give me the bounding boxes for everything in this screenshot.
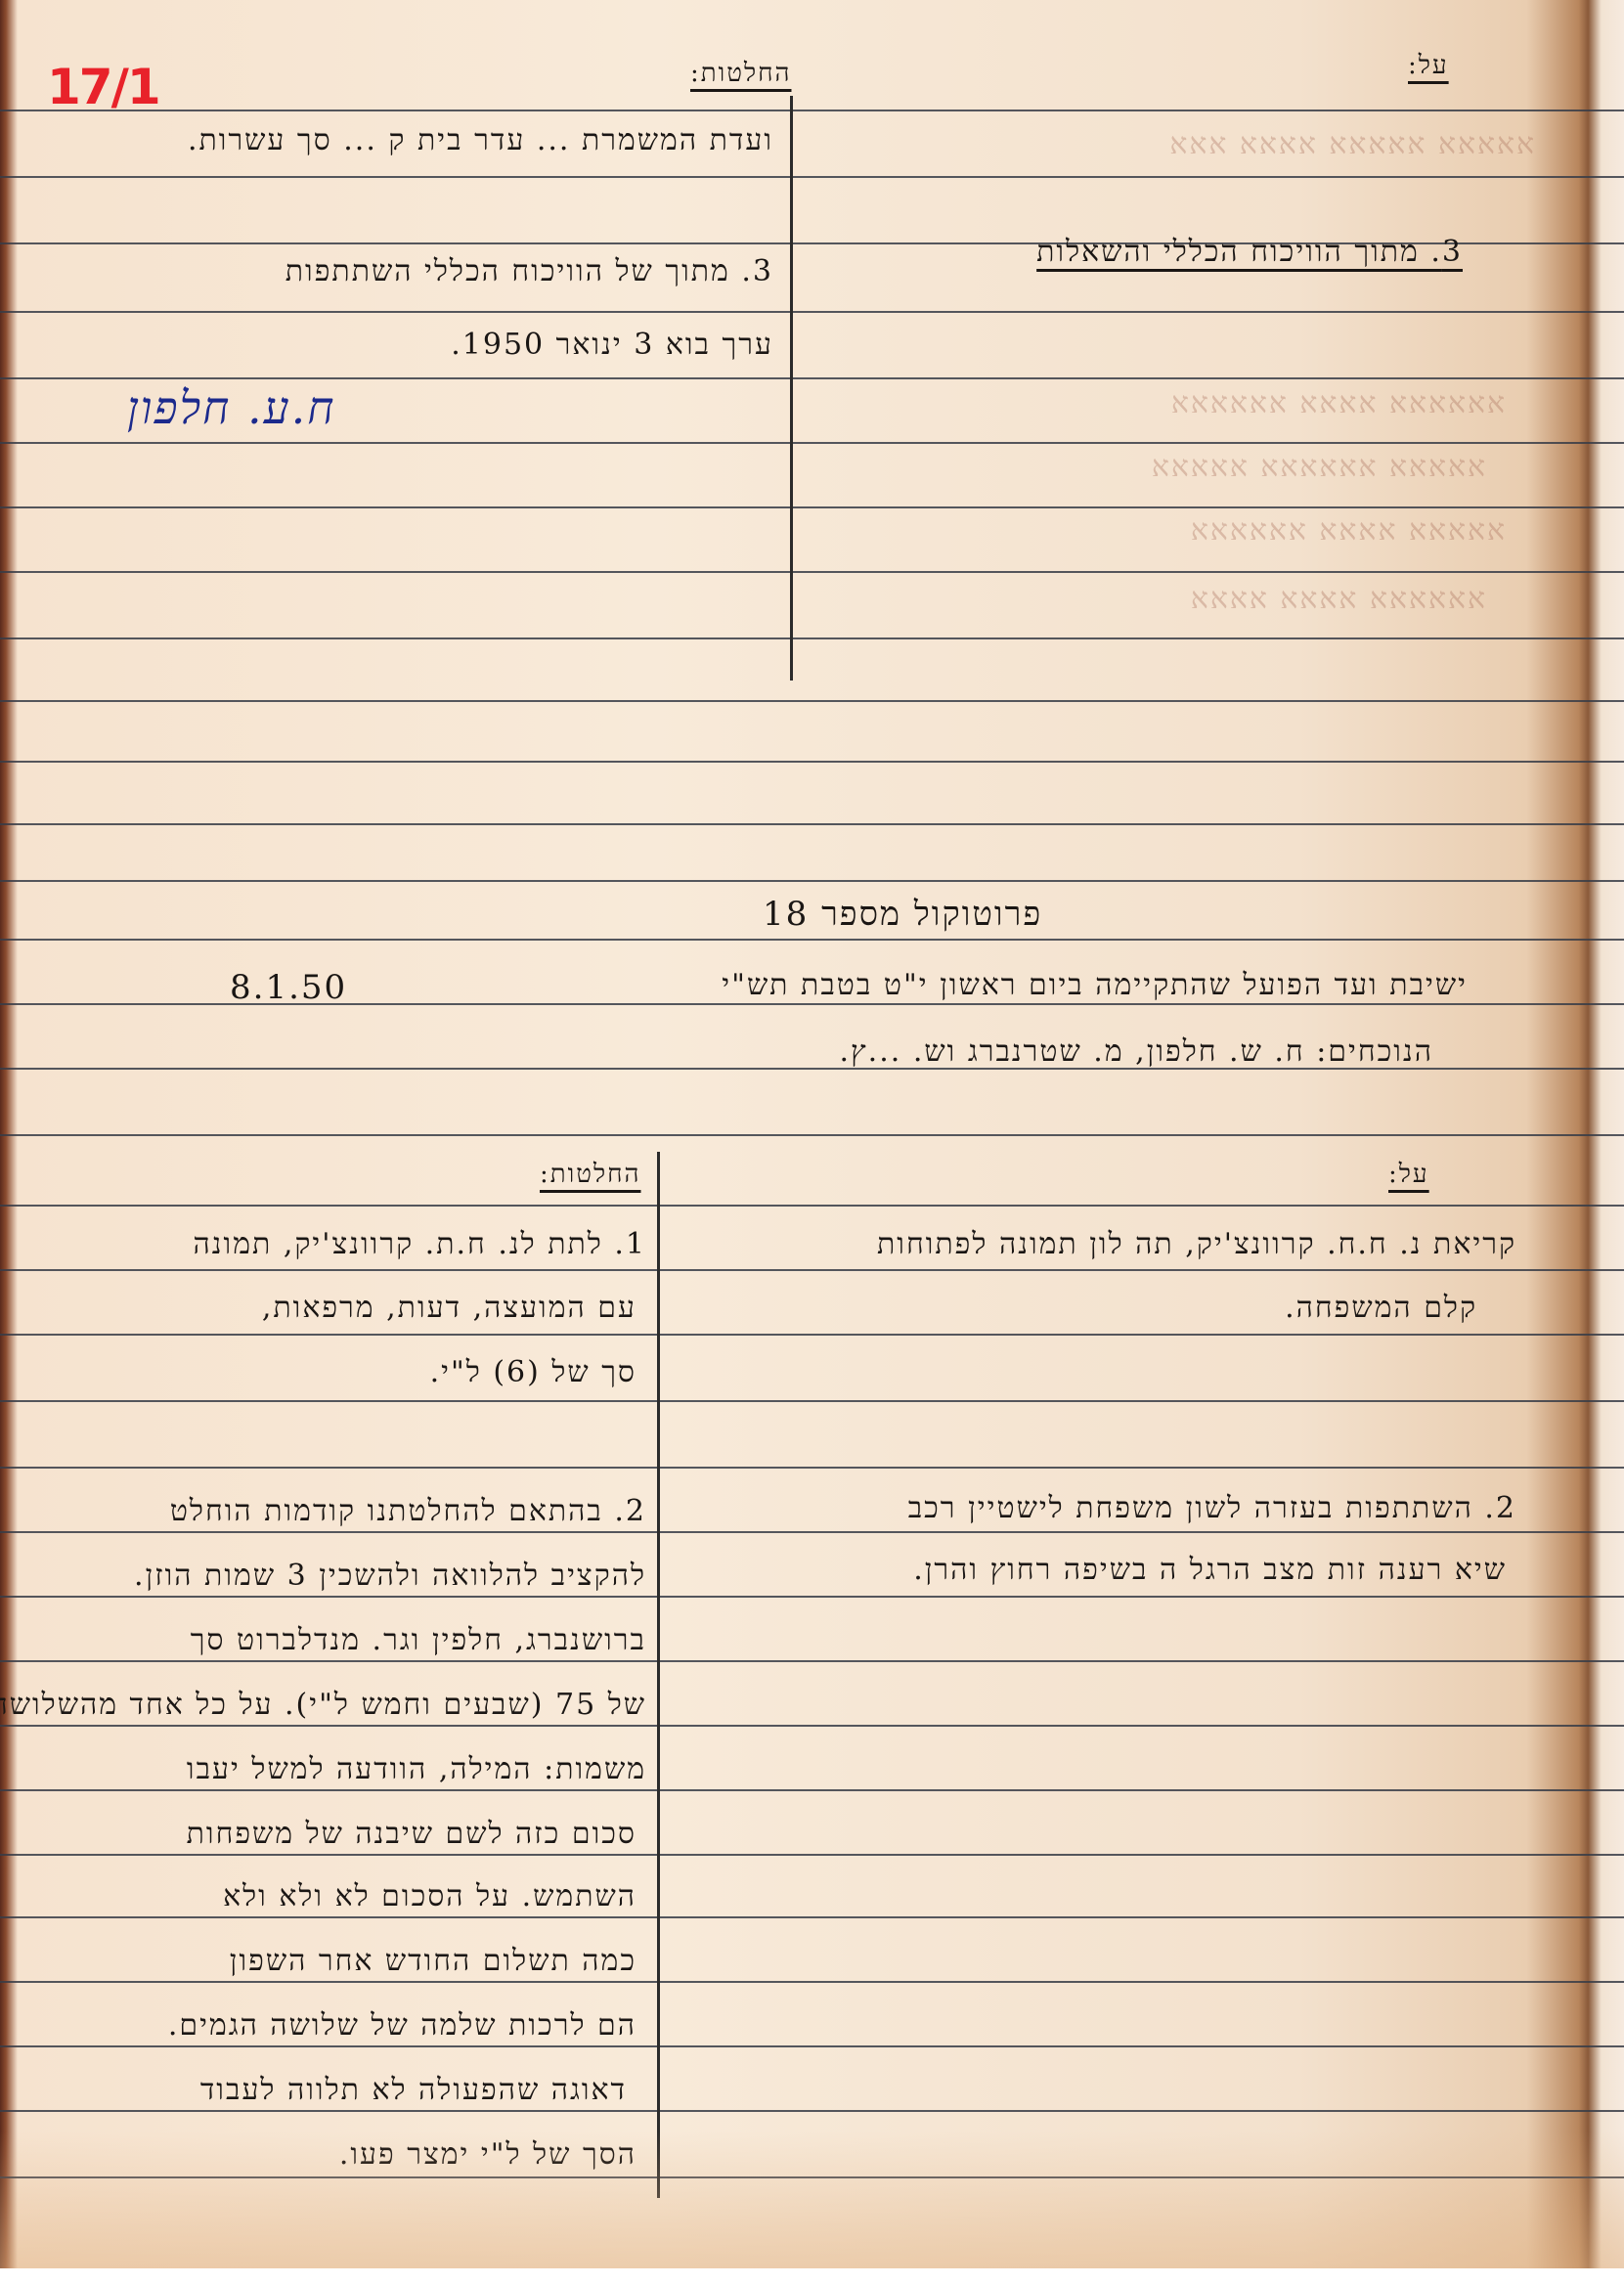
ruled-line (0, 1725, 1624, 1727)
bottom-agenda-header: על: (1388, 1160, 1429, 1189)
ruled-line (0, 1531, 1624, 1533)
ruled-line (0, 110, 1624, 111)
ruled-line (0, 571, 1624, 573)
agenda-item-1-line2: קלם המשפחה. (1285, 1291, 1477, 1325)
ruled-line (0, 823, 1624, 825)
protocol-title: פרוטוקול מספר 18 (763, 895, 1042, 934)
protocol-date: 8.1.50 (230, 968, 347, 1007)
notebook-page: 17/1 אאאאא אאאאא אאאא אאא אאאאאא אאאא אא… (0, 0, 1624, 2268)
decision-item-2-line9: הם לרכות שלמה של שלושה הגמים. (168, 2008, 636, 2043)
decision-item-2-line11: הסך של ל"י ימצר פעו. (339, 2137, 636, 2172)
decision-item-2-line10: דאוגה שהפעולה לא תלווה לעבוד (200, 2073, 627, 2107)
ruled-line (0, 1916, 1624, 1918)
bleed-through-text: אאאאא אאאאאא אאאאא (1152, 450, 1487, 484)
decision-item-2-line1: 2. בהתאם להחלטתנו קודמות הוחלט (170, 1494, 646, 1528)
ruled-line (0, 1269, 1624, 1271)
decision-item-2-line4: של 75 (שבעים וחמש ל"י). על כל אחד מהשלוש… (0, 1688, 646, 1722)
ruled-line (0, 2110, 1624, 2112)
ruled-line (0, 1854, 1624, 1856)
ruled-line (0, 1981, 1624, 1983)
bleed-through-text: אאאאא אאאא אאאאאא (1191, 513, 1507, 548)
top-left-item-3-line1: 3. מתוך של הוויכוח הכללי השתתפות (285, 254, 773, 288)
ruled-line (0, 939, 1624, 941)
bleed-through-text: אאאאא אאאאא אאאא אאא (1169, 127, 1536, 161)
bottom-decisions-header: החלטות: (540, 1160, 640, 1189)
ruled-line (0, 1596, 1624, 1598)
bleed-through-text: אאאאאא אאאא אאאא (1191, 582, 1487, 616)
ruled-line (0, 700, 1624, 702)
column-divider-top (790, 96, 793, 681)
decision-item-2-line8: כמה תשלום החודש אחר השפון (230, 1944, 636, 1978)
ruled-line (0, 176, 1624, 178)
ruled-line (0, 637, 1624, 639)
agenda-item-1-line1: קריאת נ. ח.ח. קרוונצ'יק, תה לון תמונה לפ… (877, 1227, 1516, 1261)
decision-item-2-line6: סכום כזה לשם שיבנה של משפחות (187, 1817, 636, 1851)
bleed-through-text: אאאאאא אאאא אאאאאא (1171, 386, 1507, 420)
decision-item-2-line7: השתמש. על הסכום לא ולא ולא (223, 1879, 636, 1913)
protocol-subtitle: ישיבת ועד הפועל שהתקיימה ביום ראשון י"ט … (722, 968, 1468, 1002)
top-left-item-3-line2: ערך בוא 3 ינואר 1950. (451, 328, 773, 362)
archive-page-number: 17/1 (47, 59, 159, 115)
ruled-line (0, 2045, 1624, 2047)
ruled-line (0, 1467, 1624, 1469)
decision-item-1-line1: 1. לתת לנ. ח.ת. קרוונצ'יק, תמונה (194, 1227, 646, 1261)
signature: ח.ע. חלפון (127, 381, 335, 434)
ruled-line (0, 880, 1624, 882)
ruled-line (0, 442, 1624, 444)
ruled-line (0, 1134, 1624, 1136)
ruled-line (0, 2176, 1624, 2178)
decision-item-2-line5: משמות: המילה, הוודעה למשל יעבו (187, 1752, 646, 1786)
column-divider-bottom (657, 1152, 660, 2198)
ruled-line (0, 1400, 1624, 1402)
top-decisions-header: החלטות: (690, 59, 791, 88)
ruled-line (0, 1660, 1624, 1662)
decision-item-1-line2: עם המועצה, דעות, מרפאות, (262, 1291, 636, 1325)
ruled-line (0, 506, 1624, 508)
decision-item-1-line3: סך של (6) ל"י. (430, 1355, 636, 1389)
decision-item-2-line2: להקציב להלוואה ולהשכין 3 שמות הוזן. (134, 1559, 646, 1593)
top-agenda-header: על: (1408, 51, 1449, 80)
ruled-line (0, 311, 1624, 313)
agenda-item-2-line1: 2. השתתפות בעזרה לשון משפחת לישטיין רכב (908, 1491, 1516, 1525)
decision-item-2-line3: ברושנברג, חלפין וגר. מנדלברוט סך (191, 1623, 646, 1657)
ruled-line (0, 1205, 1624, 1207)
ruled-line (0, 1334, 1624, 1336)
top-right-item-3: 3. מתוך הוויכוח הכללי והשאלות (1036, 235, 1463, 269)
ruled-line (0, 377, 1624, 379)
ruled-line (0, 761, 1624, 763)
protocol-attendees: הנוכחים: ח. ש. חלפון, מ. שטרנברג וש. ...… (840, 1034, 1433, 1069)
top-left-first-line: ועדת המשמרת ... עדר בית ק ... סך עשרות. (188, 123, 773, 157)
ruled-line (0, 1789, 1624, 1791)
agenda-item-2-line2: שיא רענה זות מצב הרגל ה בשיפה רחוץ והרן. (913, 1553, 1507, 1587)
